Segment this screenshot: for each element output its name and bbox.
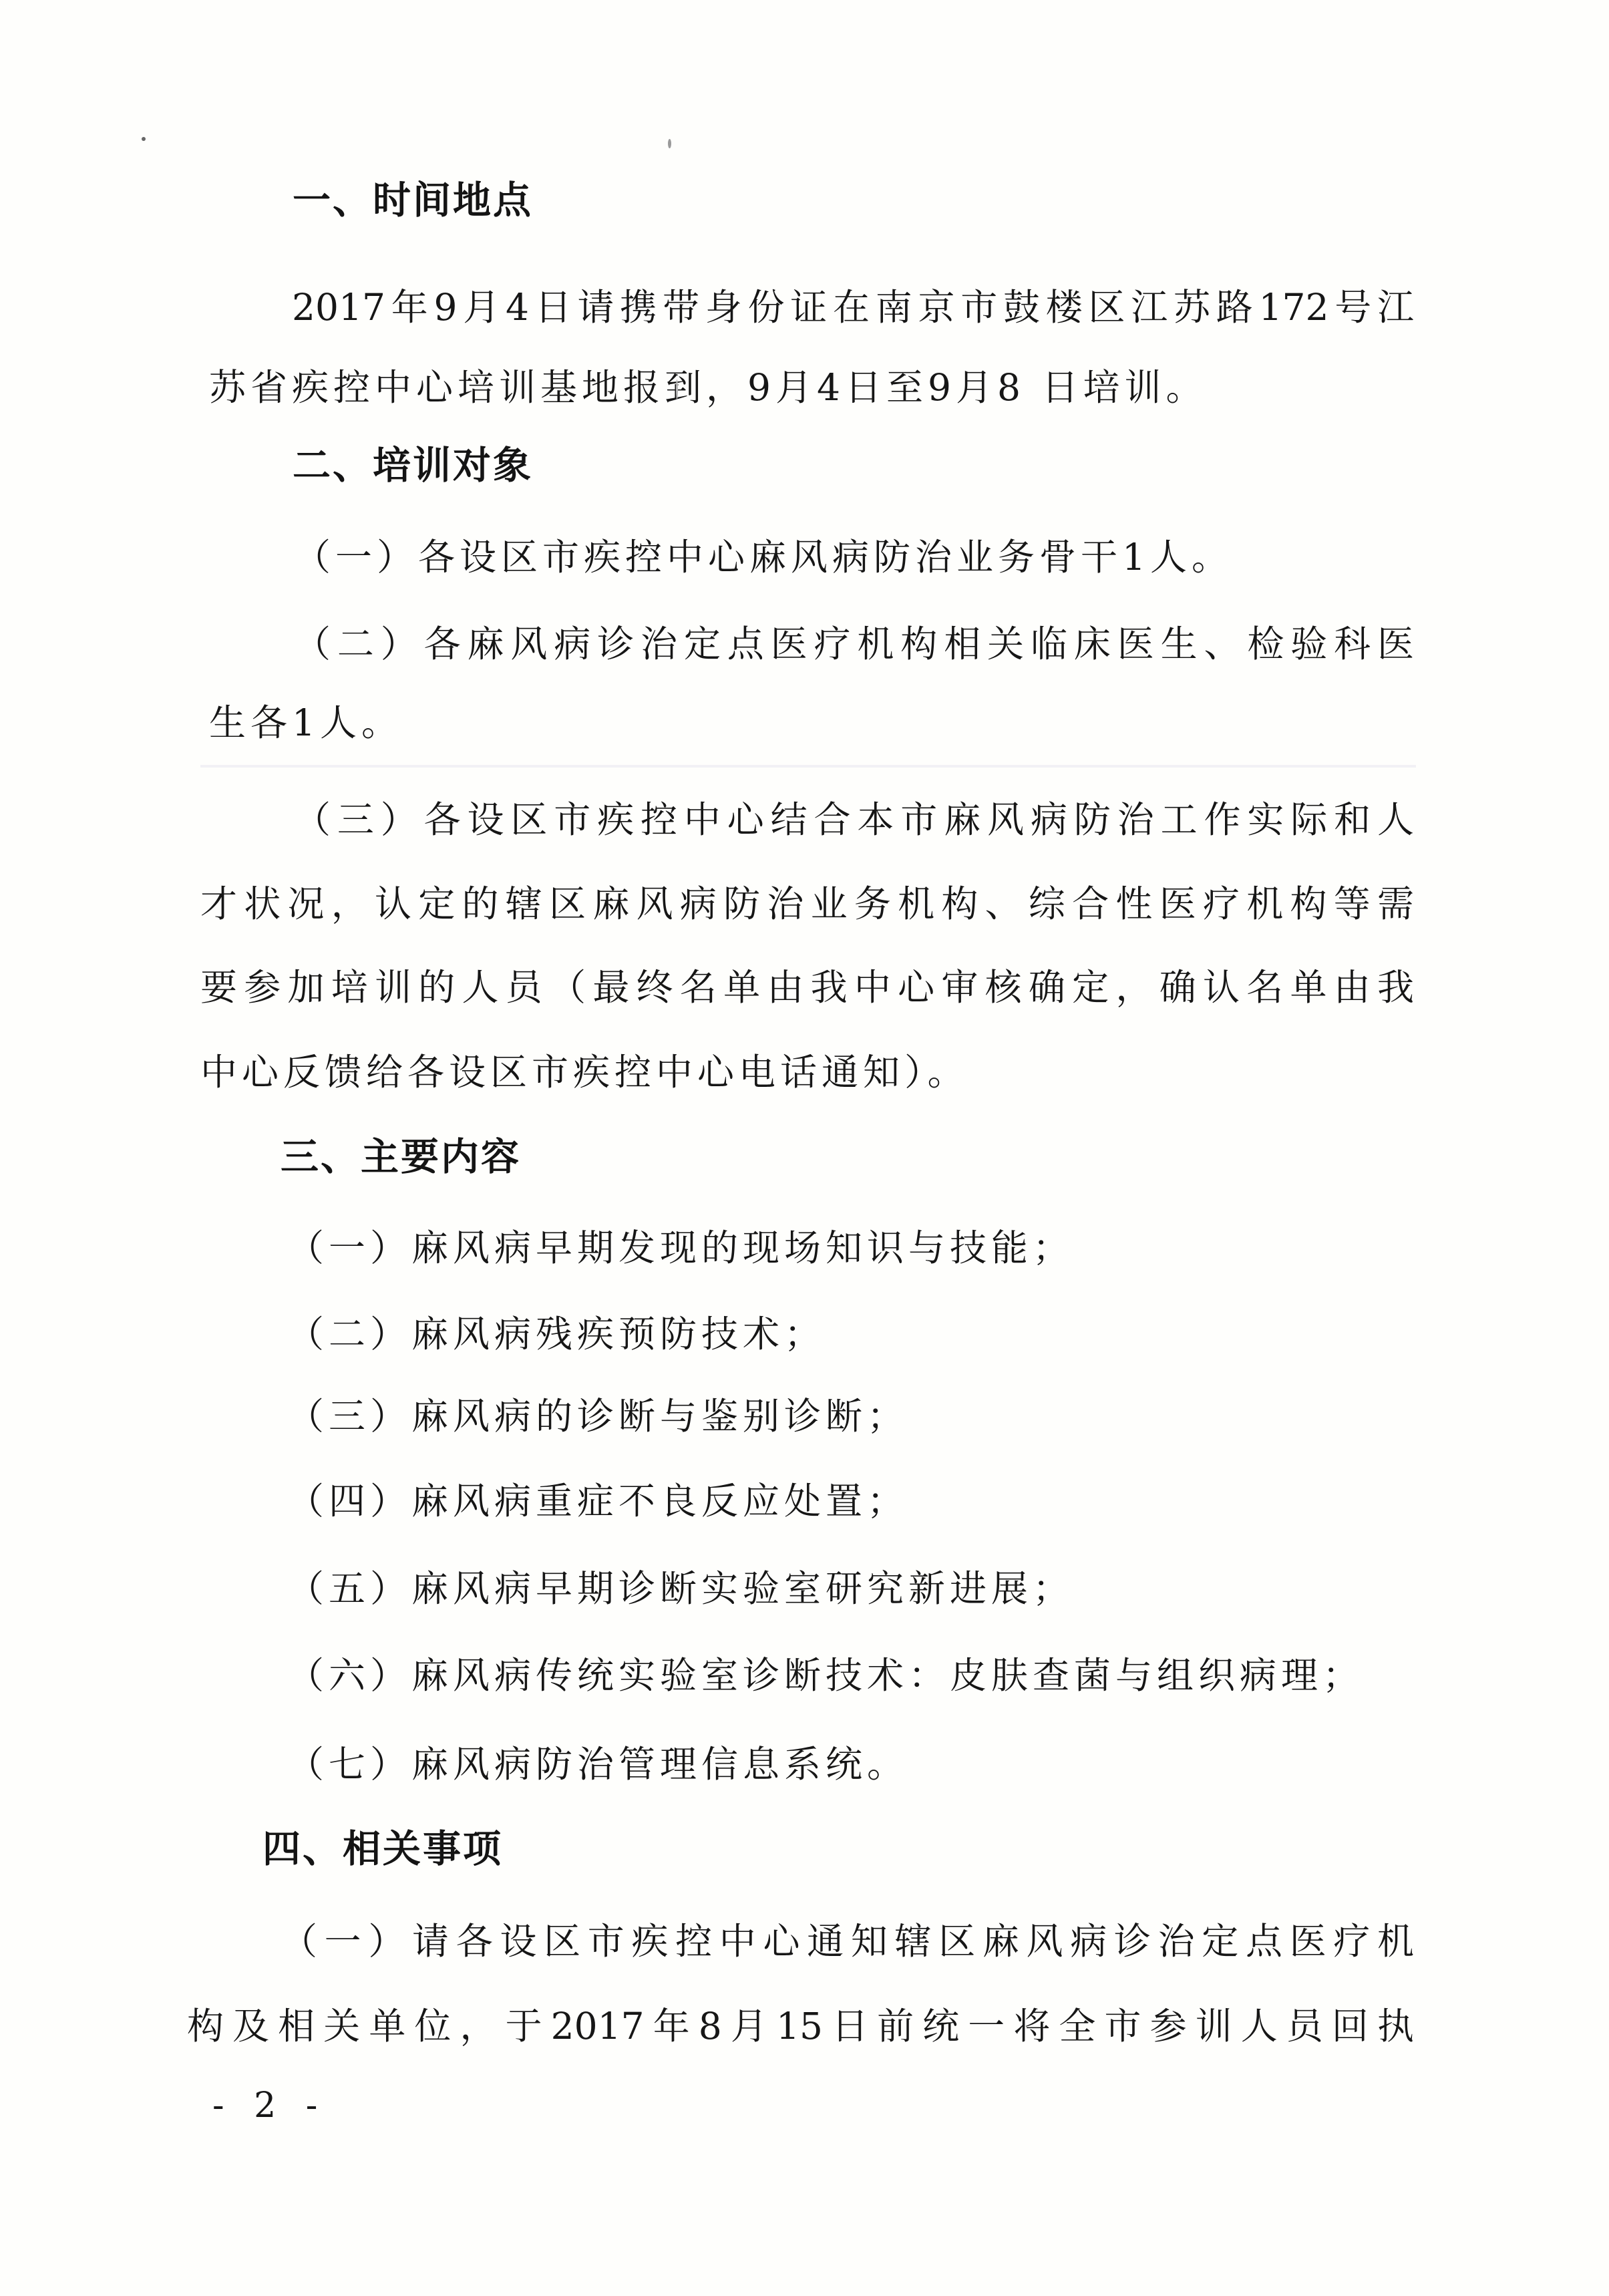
scan-speck	[676, 379, 678, 399]
page-number: - 2 -	[212, 2086, 327, 2126]
list-item: （五）麻风病早期诊断实验室研究新进展；	[287, 1565, 1074, 1612]
list-item: （七）麻风病防治管理信息系统。	[287, 1741, 908, 1788]
section-heading-related-matters: 四、相关事项	[262, 1826, 503, 1872]
list-item: （六）麻风病传统实验室诊断技术：皮肤查菌与组织病理；	[287, 1652, 1364, 1699]
list-item: （三）麻风病的诊断与鉴别诊断；	[287, 1393, 908, 1440]
list-item: （二）麻风病残疾预防技术；	[287, 1311, 826, 1357]
paragraph-line: 生各1人。	[209, 699, 403, 746]
list-item: （四）麻风病重症不良反应处置；	[287, 1478, 908, 1524]
bleed-through-rule	[200, 765, 1416, 768]
section-heading-trainees: 二、培训对象	[293, 442, 533, 489]
list-item: （一）麻风病早期发现的现场知识与技能；	[287, 1224, 1074, 1271]
paragraph-line: （一）请各设区市疾控中心通知辖区麻风病诊治定点医疗机	[281, 1918, 1414, 1965]
paragraph-line: 构及相关单位，于2017年8月15日前统一将全市参训人员回执	[187, 2003, 1414, 2049]
paragraph-line: 中心反馈给各设区市疾控中心电话通知）。	[200, 1049, 969, 1096]
paragraph-line: 才状况，认定的辖区麻风病防治业务机构、综合性医疗机构等需	[200, 880, 1414, 927]
scan-speck	[668, 139, 671, 148]
paragraph-line: （一）各设区市疾控中心麻风病防治业务骨干1人。	[294, 534, 1233, 581]
paragraph-line: 要参加培训的人员（最终名单由我中心审核确定，确认名单由我	[200, 964, 1414, 1011]
section-heading-main-content: 三、主要内容	[281, 1134, 521, 1180]
paragraph-line: （二）各麻风病诊治定点医疗机构相关临床医生、检验科医	[294, 621, 1414, 667]
paragraph-line: （三）各设区市疾控中心结合本市麻风病防治工作实际和人	[294, 796, 1414, 843]
scan-speck	[142, 137, 146, 141]
paragraph-line: 2017年9月4日请携带身份证在南京市鼓楼区江苏路172号江	[292, 284, 1414, 331]
section-heading-time-location: 一、时间地点	[293, 177, 533, 224]
document-page: 一、时间地点 2017年9月4日请携带身份证在南京市鼓楼区江苏路172号江 苏省…	[0, 0, 1609, 2296]
paragraph-line: 苏省疾控中心培训基地报到，9月4日至9月8 日培训。	[209, 364, 1207, 411]
